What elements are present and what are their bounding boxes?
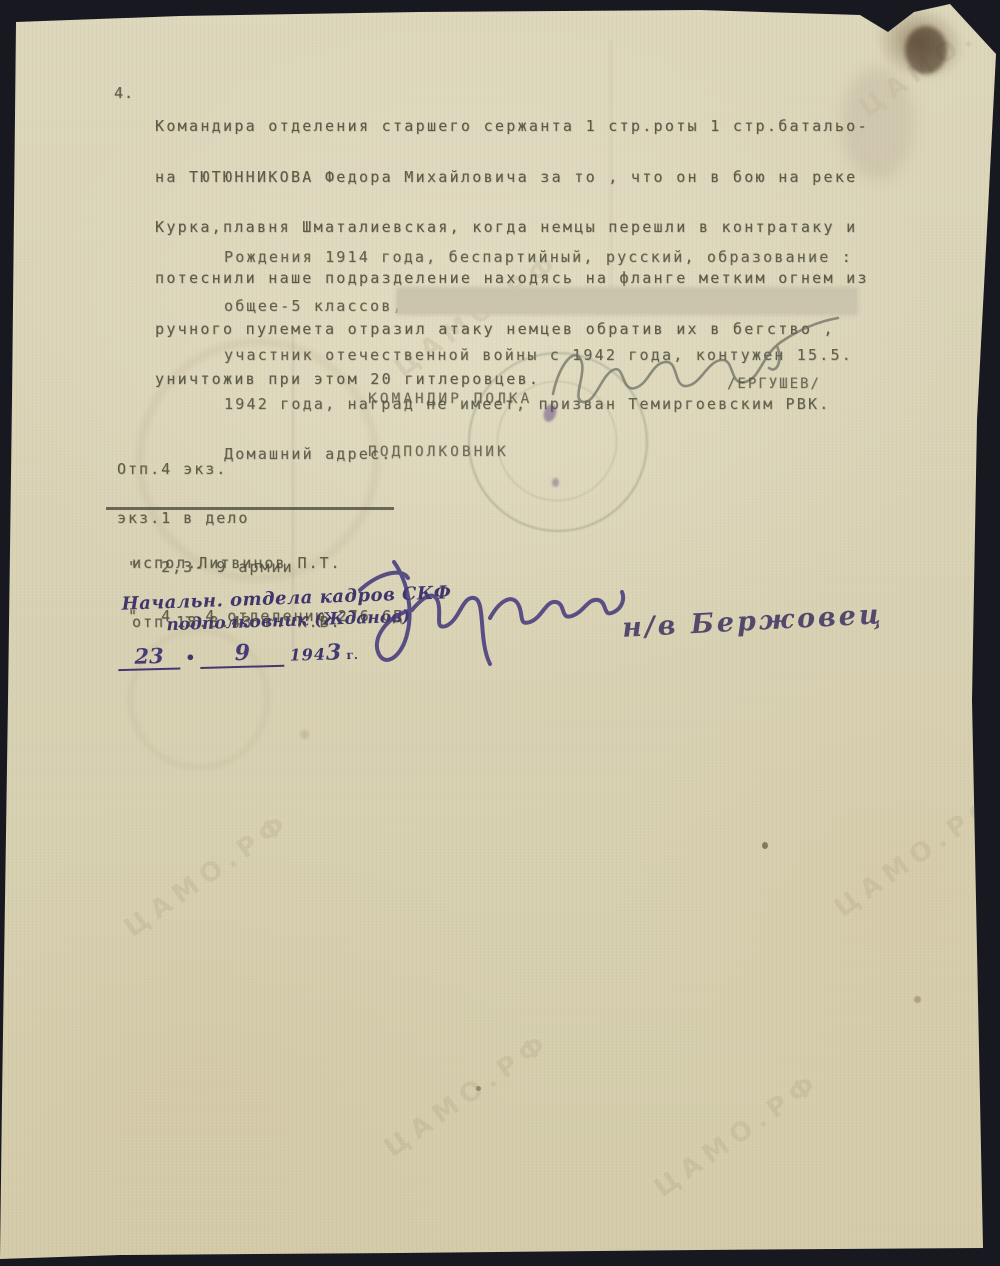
archive-watermark: ЦАМО.РФ xyxy=(829,787,1000,924)
ink-speck xyxy=(762,842,768,849)
date-dot: • xyxy=(185,648,196,667)
hr-signature xyxy=(350,552,630,682)
document-page: ЦАМО.РФ ЦАМО.РФ ЦАМО.РФ ЦАМО.РФ ЦАМО.РФ … xyxy=(0,0,1000,1266)
archive-watermark: ЦАМО.РФ xyxy=(379,1027,557,1164)
handwritten-day: 23 xyxy=(134,643,164,669)
executor-line: испол.Литвинов П.Т. xyxy=(132,554,342,574)
scanned-document: ЦАМО.РФ ЦАМО.РФ ЦАМО.РФ ЦАМО.РФ ЦАМО.РФ … xyxy=(0,0,1000,1266)
distribution-line: Отп.4 экз. xyxy=(117,461,404,477)
round-stamp xyxy=(468,352,648,532)
archive-watermark: ЦАМО.РФ xyxy=(119,807,297,944)
citation-line: Командира отделения старшего сержанта 1 … xyxy=(155,118,869,135)
handwritten-month: 9 xyxy=(234,640,250,666)
printed-year: 194 xyxy=(289,645,326,665)
divider-line xyxy=(106,507,394,510)
paragraph-number: 4. xyxy=(114,84,134,102)
ink-speck xyxy=(476,1086,481,1091)
handwritten-note: н/в Бержовец xyxy=(621,599,884,644)
bio-line: Рождения 1914 года, беспартийный, русски… xyxy=(224,249,853,265)
stamp-ink-blob xyxy=(552,478,559,487)
redaction-box xyxy=(398,289,856,313)
citation-line: на ТЮТЮННИКОВА Федора Михайловича за то … xyxy=(155,169,869,186)
ink-speck xyxy=(300,730,309,739)
handwritten-year-digit: 3 xyxy=(326,639,342,665)
corner-stain-dark xyxy=(905,26,947,74)
commander-surname: /ЕРГУШЕВ/ xyxy=(727,376,821,392)
archive-watermark: ЦАМО.РФ xyxy=(649,1067,827,1204)
ink-speck xyxy=(914,996,921,1003)
